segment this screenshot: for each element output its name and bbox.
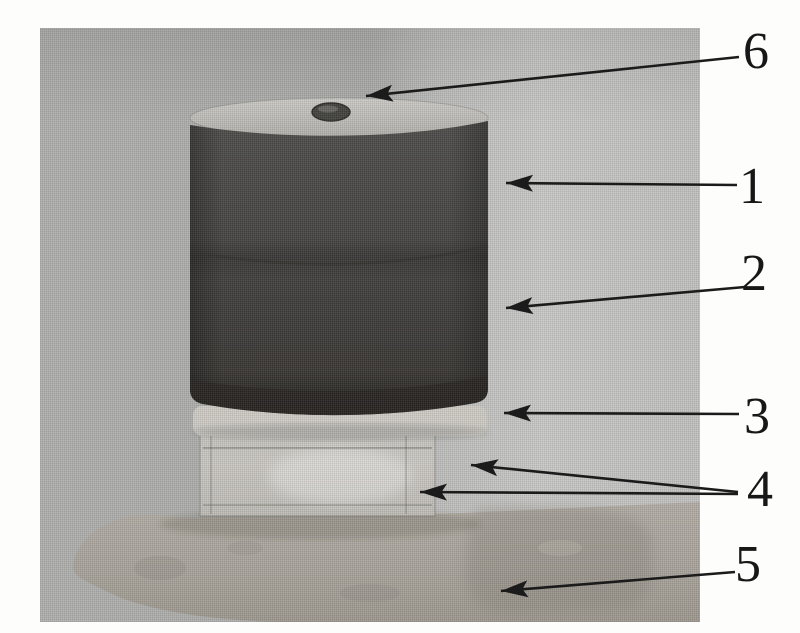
slab-stain (465, 506, 652, 613)
plate-shadow (192, 424, 488, 440)
callout-label-4: 4 (738, 463, 782, 517)
callout-label-3: 3 (735, 390, 779, 444)
slab-mottle (134, 556, 186, 580)
slab-mottle (538, 540, 582, 556)
callout-label-1: 1 (730, 160, 774, 214)
top-knob (312, 103, 350, 121)
photo-artwork (40, 28, 700, 622)
cylinder-shading (190, 121, 488, 415)
slab-mottle (227, 541, 263, 555)
callout-label-5: 5 (726, 538, 770, 592)
callout-label-6: 6 (734, 25, 778, 79)
photograph (40, 28, 700, 622)
figure-page: 6 1 2 3 4 5 (0, 0, 800, 633)
slab-mottle (340, 584, 400, 602)
callout-label-2: 2 (732, 247, 776, 301)
